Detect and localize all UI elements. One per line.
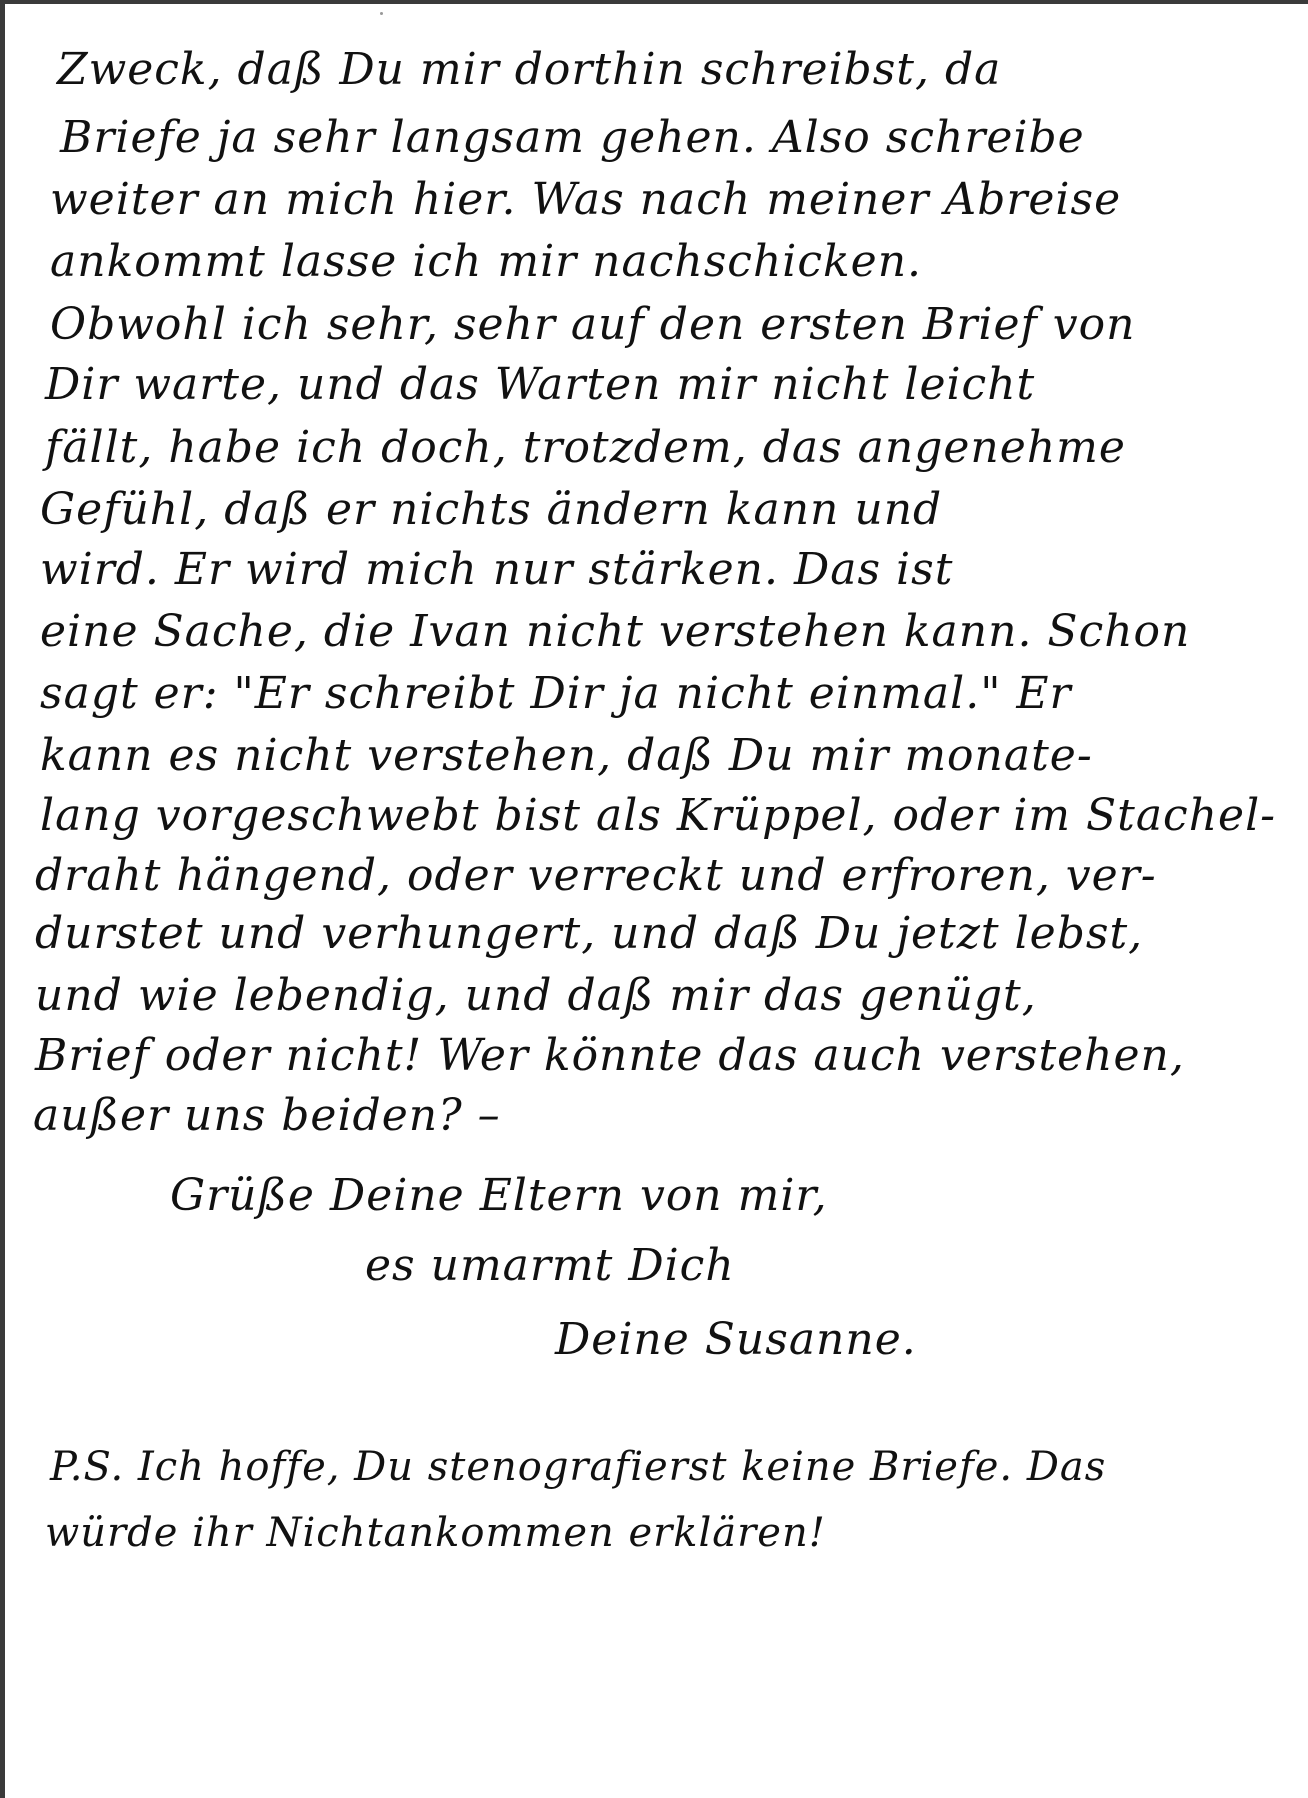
body-line: wird. Er wird mich nur stärken. Das ist [40, 544, 953, 595]
body-line: draht hängend, oder verreckt und erfrore… [35, 850, 1157, 901]
body-line: durstet und verhungert, und daß Du jetzt… [35, 908, 1143, 959]
postscript-line: würde ihr Nichtankommen erklären! [45, 1510, 826, 1556]
body-line: Obwohl ich sehr, sehr auf den ersten Bri… [50, 299, 1135, 350]
body-line: Gefühl, daß er nichts ändern kann und [40, 484, 942, 535]
letter-page: Zweck, daß Du mir dorthin schreibst, da … [5, 4, 1308, 1798]
body-line: fällt, habe ich doch, trotzdem, das ange… [45, 422, 1126, 473]
body-line: lang vorgeschwebt bist als Krüppel, oder… [40, 790, 1276, 841]
body-line: Brief oder nicht! Wer könnte das auch ve… [35, 1030, 1185, 1081]
body-line: weiter an mich hier. Was nach meiner Abr… [50, 174, 1121, 225]
body-line: und wie lebendig, und daß mir das genügt… [35, 970, 1037, 1021]
body-line: eine Sache, die Ivan nicht verstehen kan… [40, 606, 1190, 657]
closing-greeting: Grüße Deine Eltern von mir, [170, 1170, 828, 1221]
scan-speck [380, 12, 383, 15]
body-line: Zweck, daß Du mir dorthin schreibst, da [57, 44, 1001, 95]
body-line: Dir warte, und das Warten mir nicht leic… [45, 359, 1035, 410]
closing-embrace: es umarmt Dich [365, 1240, 735, 1291]
body-line: kann es nicht verstehen, daß Du mir mona… [40, 730, 1093, 781]
signature: Deine Susanne. [555, 1314, 917, 1365]
body-line: sagt er: "Er schreibt Dir ja nicht einma… [40, 668, 1072, 719]
body-line: außer uns beiden? – [33, 1090, 501, 1141]
postscript-line: P.S. Ich hoffe, Du stenografierst keine … [50, 1444, 1106, 1490]
body-line: Briefe ja sehr langsam gehen. Also schre… [60, 112, 1085, 163]
body-line: ankommt lasse ich mir nachschicken. [50, 236, 922, 287]
